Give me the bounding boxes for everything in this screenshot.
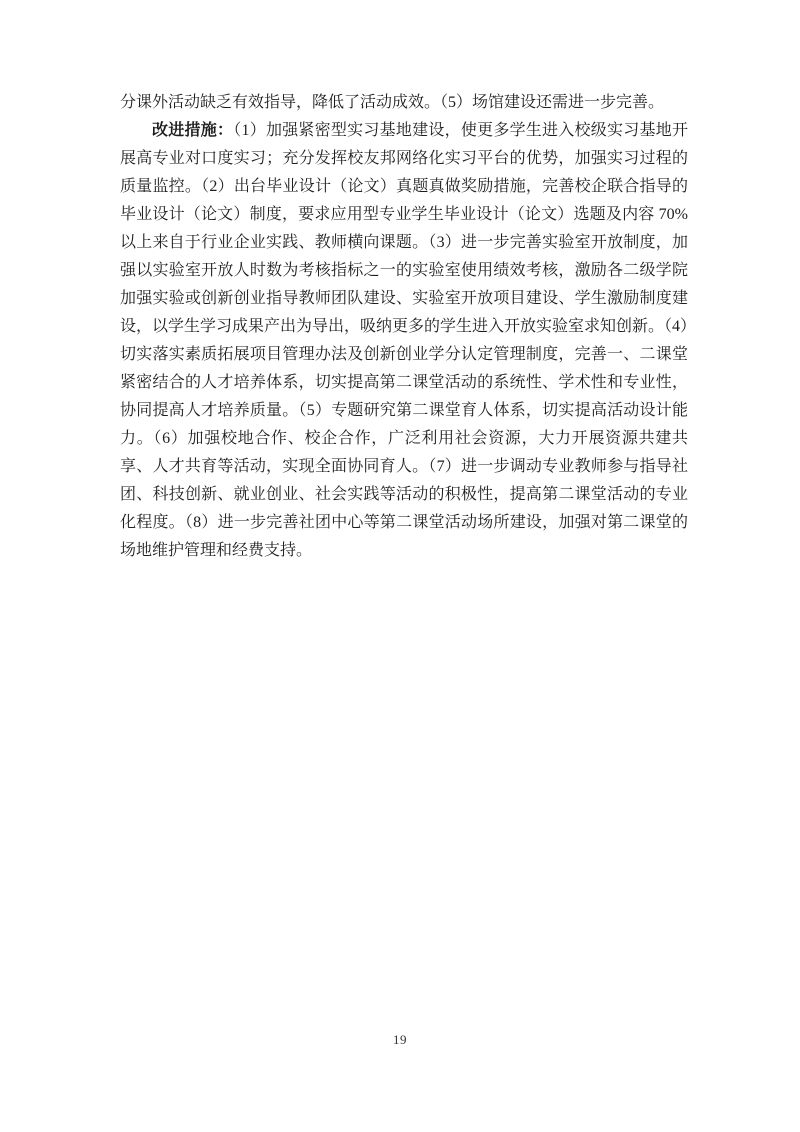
page-content: 分课外活动缺乏有效指导，降低了活动成效。（5）场馆建设还需进一步完善。 改进措施…: [120, 89, 688, 565]
paragraph-continuation: 分课外活动缺乏有效指导，降低了活动成效。（5）场馆建设还需进一步完善。: [120, 89, 688, 117]
improvement-measures-text: （1）加强紧密型实习基地建设，使更多学生进入校级实习基地开展高专业对口度实习；充…: [120, 122, 688, 559]
paragraph-continuation-text: 分课外活动缺乏有效指导，降低了活动成效。（5）场馆建设还需进一步完善。: [120, 94, 664, 111]
page-footer: 19: [0, 1031, 800, 1049]
paragraph-improvement-measures: 改进措施：（1）加强紧密型实习基地建设，使更多学生进入校级实习基地开展高专业对口…: [120, 117, 688, 565]
page-number: 19: [393, 1032, 407, 1047]
improvement-measures-heading: 改进措施：: [152, 122, 233, 139]
document-page: 分课外活动缺乏有效指导，降低了活动成效。（5）场馆建设还需进一步完善。 改进措施…: [0, 0, 800, 1132]
